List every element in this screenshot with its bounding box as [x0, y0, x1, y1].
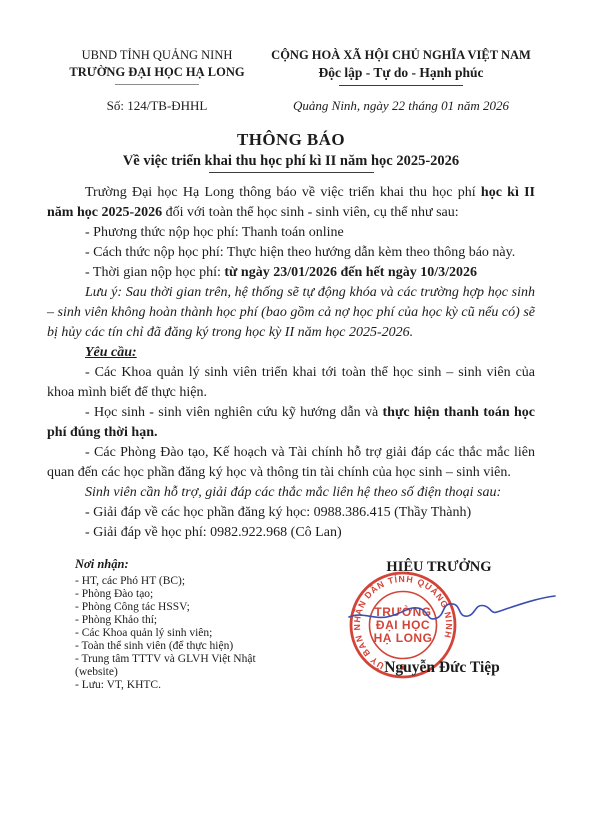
- org-underline: [115, 84, 199, 85]
- requirement-departments: - Các Phòng Đào tạo, Kế hoạch và Tài chí…: [47, 443, 535, 483]
- payment-time-label: - Thời gian nộp học phí:: [85, 265, 224, 280]
- country-title: CỘNG HOÀ XÃ HỘI CHỦ NGHĨA VIỆT NAM: [267, 48, 535, 63]
- subject-underline: [209, 172, 374, 173]
- requirements-heading: Yêu cầu:: [47, 343, 535, 363]
- document-footer: Nơi nhận: - HT, các Phó HT (BC); - Phòng…: [47, 557, 535, 747]
- document-title: THÔNG BÁO: [47, 130, 535, 150]
- recipient-item: - Toàn thể sinh viên (để thực hiện): [75, 640, 297, 653]
- requirement-faculties: - Các Khoa quản lý sinh viên triển khai …: [47, 363, 535, 403]
- bullet-payment-time: - Thời gian nộp học phí: từ ngày 23/01/2…: [47, 263, 535, 283]
- document-page: UBND TỈNH QUẢNG NINH TRƯỜNG ĐẠI HỌC HẠ L…: [0, 0, 592, 836]
- recipient-item: - Các Khoa quản lý sinh viên;: [75, 627, 297, 640]
- recipient-item: - Phòng Đào tạo;: [75, 588, 297, 601]
- issuing-org-block: UBND TỈNH QUẢNG NINH TRƯỜNG ĐẠI HỌC HẠ L…: [47, 48, 267, 114]
- recipient-item: - Trung tâm TTTV và GLVH Việt Nhật (webs…: [75, 653, 297, 679]
- motto: Độc lập - Tự do - Hạnh phúc: [267, 65, 535, 81]
- requirement-students-text: - Học sinh - sinh viên nghiên cứu kỹ hướ…: [85, 405, 383, 420]
- requirements-heading-text: Yêu cầu:: [85, 345, 137, 360]
- contact-fees: - Giải đáp về học phí: 0982.922.968 (Cô …: [47, 523, 535, 543]
- intro-text-end: đối với toàn thể học sinh - sinh viên, c…: [162, 205, 459, 220]
- support-intro: Sinh viên cần hỗ trợ, giải đáp các thắc …: [47, 483, 535, 503]
- document-title-block: THÔNG BÁO Về việc triển khai thu học phí…: [47, 130, 535, 173]
- recipient-item: - Phòng Khảo thí;: [75, 614, 297, 627]
- document-number: Số: 124/TB-ĐHHL: [47, 98, 267, 114]
- bullet-payment-way: - Cách thức nộp học phí: Thực hiện theo …: [47, 243, 535, 263]
- motto-underline: [339, 85, 463, 86]
- recipient-item: - Phòng Công tác HSSV;: [75, 601, 297, 614]
- contact-courses: - Giải đáp về các học phần đăng ký học: …: [47, 503, 535, 523]
- signature-stroke: [349, 596, 555, 619]
- signer-name: Nguyễn Đức Tiệp: [297, 659, 535, 677]
- requirement-students: - Học sinh - sinh viên nghiên cứu kỹ hướ…: [47, 403, 535, 443]
- intro-paragraph: Trường Đại học Hạ Long thông báo về việc…: [47, 183, 535, 223]
- org-parent-name: UBND TỈNH QUẢNG NINH: [47, 48, 267, 63]
- bullet-payment-method: - Phương thức nộp học phí: Thanh toán on…: [47, 223, 535, 243]
- document-subject: Về việc triển khai thu học phí kì II năm…: [47, 153, 535, 170]
- signature-block: HIỆU TRƯỞNG ỦY BAN NHÂN DÂN TỈNH QUẢNG N…: [297, 557, 535, 747]
- org-name: TRƯỜNG ĐẠI HỌC HẠ LONG: [47, 65, 267, 80]
- place-date-line: Quảng Ninh, ngày 22 tháng 01 năm 2026: [267, 98, 535, 114]
- stamp-org-line3: HẠ LONG: [374, 631, 433, 645]
- recipients-block: Nơi nhận: - HT, các Phó HT (BC); - Phòng…: [47, 557, 297, 747]
- handwritten-signature: [345, 585, 560, 631]
- payment-time-range: từ ngày 23/01/2026 đến hết ngày 10/3/202…: [224, 265, 477, 280]
- recipient-item: - Lưu: VT, KHTC.: [75, 679, 297, 692]
- national-motto-block: CỘNG HOÀ XÃ HỘI CHỦ NGHĨA VIỆT NAM Độc l…: [267, 48, 535, 114]
- recipient-item: - HT, các Phó HT (BC);: [75, 575, 297, 588]
- document-header: UBND TỈNH QUẢNG NINH TRƯỜNG ĐẠI HỌC HẠ L…: [47, 48, 535, 114]
- intro-text: Trường Đại học Hạ Long thông báo về việc…: [85, 185, 481, 200]
- recipients-list: - HT, các Phó HT (BC); - Phòng Đào tạo; …: [75, 575, 297, 692]
- document-body: Trường Đại học Hạ Long thông báo về việc…: [47, 183, 535, 543]
- note-paragraph: Lưu ý: Sau thời gian trên, hệ thống sẽ t…: [47, 283, 535, 343]
- recipients-heading: Nơi nhận:: [75, 557, 297, 572]
